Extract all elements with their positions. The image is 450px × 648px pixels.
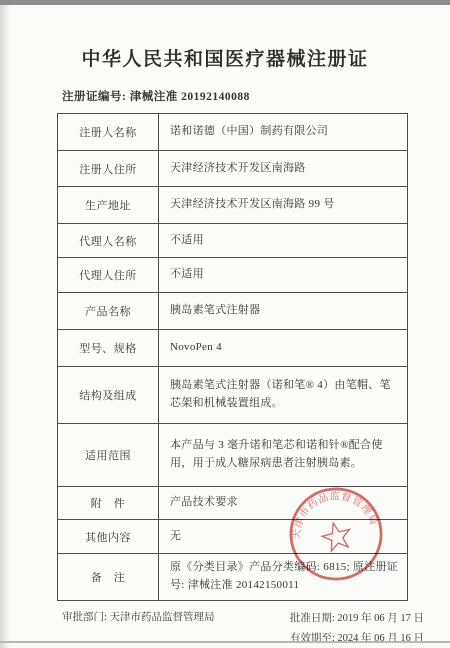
row-label: 结构及组成	[58, 367, 159, 424]
valid-until: 有效期至: 2024 年 06 月 16 日	[290, 629, 424, 648]
row-label: 产品名称	[58, 293, 159, 330]
certificate-table: 注册人名称诺和诺德（中国）制药有限公司注册人住所天津经济技术开发区南海路生产地址…	[57, 113, 408, 601]
row-value: 诺和诺德（中国）制药有限公司	[159, 114, 408, 151]
row-value: NovoPen 4	[159, 330, 408, 367]
row-value: 产品技术要求	[159, 487, 408, 520]
scan-left-shadow	[0, 5, 10, 648]
page-title: 中华人民共和国医疗器械注册证	[0, 44, 450, 71]
table-row: 注册人名称诺和诺德（中国）制药有限公司	[58, 114, 408, 151]
table-row: 产品名称胰岛素笔式注射器	[58, 293, 408, 330]
registration-number-value: 津械注准 20192140088	[130, 91, 250, 103]
row-value: 不适用	[159, 224, 408, 258]
row-label: 适用范围	[58, 424, 159, 487]
row-label: 附 件	[58, 487, 159, 520]
table-row: 备 注原《分类目录》产品分类编码: 6815; 原注册证号: 津械注准 2014…	[58, 554, 408, 601]
row-label: 其他内容	[58, 520, 159, 554]
row-label: 代理人名称	[58, 224, 159, 258]
registration-number-label: 注册证编号:	[62, 91, 130, 103]
table-row: 代理人名称不适用	[58, 224, 408, 258]
approval-date: 批准日期: 2019 年 06 月 17 日	[290, 609, 424, 629]
table-row: 其他内容无	[58, 520, 408, 554]
table-row: 型号、规格NovoPen 4	[58, 330, 408, 367]
approval-date-value: 2019 年 06 月 17 日	[337, 613, 424, 624]
approval-date-label: 批准日期:	[290, 613, 338, 624]
row-value: 不适用	[159, 258, 408, 293]
approval-department: 审批部门: 天津市药品监督管理局	[62, 609, 215, 624]
row-value: 天津经济技术开发区南海路 99 号	[159, 187, 408, 224]
row-value: 无	[159, 520, 408, 554]
row-value: 本产品与 3 毫升诺和笔芯和诺和针®配合使用，用于成人糖尿病患者注射胰岛素。	[159, 424, 408, 487]
table-row: 适用范围本产品与 3 毫升诺和笔芯和诺和针®配合使用，用于成人糖尿病患者注射胰岛…	[58, 424, 408, 487]
row-label: 生产地址	[58, 187, 159, 224]
scan-top-edge	[0, 0, 450, 5]
row-value: 胰岛素笔式注射器（诺和笔® 4）由笔帽、笔芯架和机械装置组成。	[159, 367, 408, 424]
scan-bottom-edge	[0, 641, 450, 643]
row-label: 型号、规格	[58, 330, 159, 367]
table-row: 生产地址天津经济技术开发区南海路 99 号	[58, 187, 408, 224]
row-value: 天津经济技术开发区南海路	[159, 151, 408, 187]
row-label: 代理人住所	[58, 258, 159, 293]
row-value: 胰岛素笔式注射器	[159, 293, 408, 330]
table-row: 代理人住所不适用	[58, 258, 408, 293]
table-row: 附 件产品技术要求	[58, 487, 408, 520]
table-row: 结构及组成胰岛素笔式注射器（诺和笔® 4）由笔帽、笔芯架和机械装置组成。	[58, 367, 408, 424]
certificate-document: 中华人民共和国医疗器械注册证 注册证编号: 津械注准 20192140088 注…	[0, 0, 450, 648]
approval-department-value: 天津市药品监督管理局	[110, 612, 215, 623]
table-row: 注册人住所天津经济技术开发区南海路	[58, 151, 408, 187]
row-label: 注册人名称	[58, 114, 159, 151]
row-value: 原《分类目录》产品分类编码: 6815; 原注册证号: 津械注准 2014215…	[159, 554, 408, 601]
row-label: 注册人住所	[58, 151, 159, 187]
approval-department-label: 审批部门:	[62, 612, 110, 623]
row-label: 备 注	[58, 554, 159, 601]
registration-number-line: 注册证编号: 津械注准 20192140088	[62, 88, 450, 104]
certificate-table-body: 注册人名称诺和诺德（中国）制药有限公司注册人住所天津经济技术开发区南海路生产地址…	[58, 114, 408, 601]
